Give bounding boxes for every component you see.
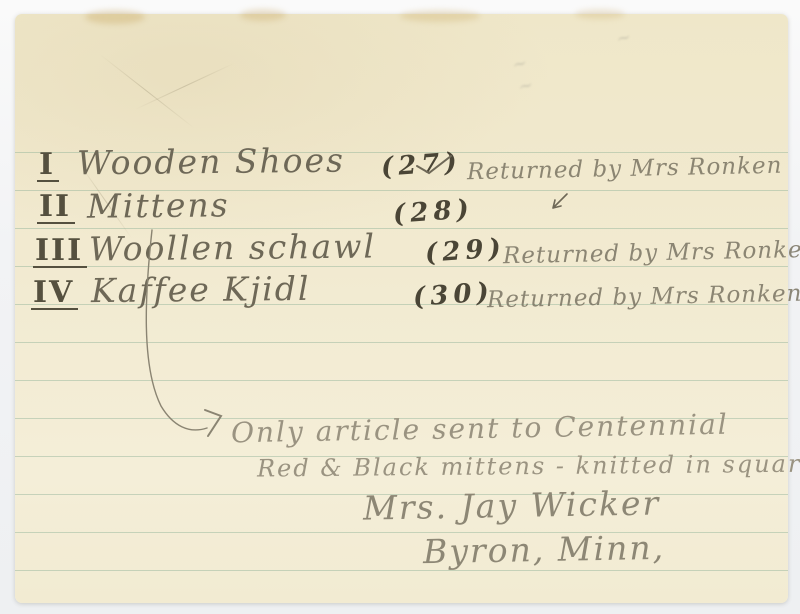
returned-note-4: Returned by Mrs Ronken <box>487 281 800 314</box>
annotation-line-2: Red & Black mittens - knitted in squares <box>257 449 800 482</box>
smudge-mark: 〜 <box>510 52 529 74</box>
annotation-arrow-icon <box>205 410 221 436</box>
small-arrow-icon <box>553 194 567 208</box>
crease-mark <box>135 63 235 110</box>
roman-numeral-3: III <box>33 236 87 268</box>
roman-numeral-1: I <box>37 150 59 182</box>
item-number-4: (30) <box>412 277 495 313</box>
smudge-mark: 〜 <box>516 74 535 96</box>
returned-note-3: Returned by Mrs Ronken <box>503 237 800 270</box>
crease-mark <box>100 54 195 129</box>
item-name-4: Kaffee Kjidl <box>91 269 311 310</box>
signature: Mrs. Jay Wicker <box>363 483 661 527</box>
annotation-line-1: Only article sent to Centennial <box>231 408 729 450</box>
item-number-2: (28) <box>392 194 475 230</box>
item-number-3: (29) <box>424 233 507 269</box>
item-name-3: Woollen schawl <box>89 226 376 268</box>
item-name-1: Wooden Shoes <box>77 141 345 183</box>
item-number-1: (27) <box>380 147 463 183</box>
lined-paper-sheet: 〜 〜 〜 I Wooden Shoes (27) Returned by Mr… <box>15 14 788 603</box>
signature-location: Byron, Minn, <box>423 528 666 571</box>
smudge-mark: 〜 <box>614 26 633 48</box>
roman-numeral-2: II <box>37 192 75 224</box>
item-name-2: Mittens <box>87 185 230 225</box>
returned-note-1: Returned by Mrs Ronken <box>467 153 783 186</box>
roman-numeral-4: IV <box>31 278 78 310</box>
